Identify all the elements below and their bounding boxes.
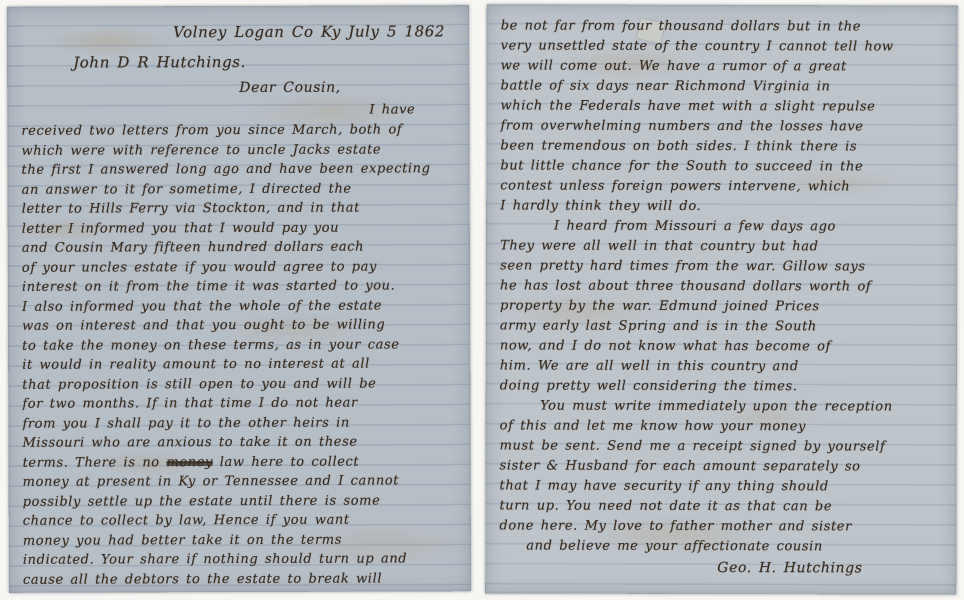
handwritten-line: letter to Hills Ferry via Stockton, and … [22, 198, 460, 219]
scanned-letter: Volney Logan Co Ky July 5 1862 John D R … [0, 0, 964, 600]
page-1-content: Volney Logan Co Ky July 5 1862 John D R … [7, 5, 471, 593]
handwritten-line: from you I shall pay it to the other hei… [22, 413, 460, 434]
handwritten-line: done here. My love to father mother and … [499, 516, 946, 537]
dateline: Volney Logan Co Ky July 5 1862 [21, 9, 459, 49]
handwritten-line: be not far from four thousand dollars bu… [501, 16, 948, 37]
handwritten-line: money you had better take it on the term… [23, 530, 461, 551]
handwritten-line: that proposition is still open to you an… [22, 374, 460, 395]
handwritten-line: was on interest and that you ought to be… [22, 315, 460, 336]
handwritten-line: but little chance for the South to succe… [500, 156, 947, 177]
handwritten-line: received two letters from you since Marc… [21, 120, 459, 141]
handwritten-line: and Cousin Mary fifteen hundred dollars … [22, 237, 460, 258]
opening-phrase: I have [21, 99, 459, 122]
handwritten-line: must be sent. Send me a receipt signed b… [500, 436, 947, 457]
handwritten-line: I hardly think they will do. [500, 196, 947, 217]
handwritten-line: They were all well in that country but h… [500, 236, 947, 257]
handwritten-line: letter I informed you that I would pay y… [22, 218, 460, 239]
page-2-body-lines: be not far from four thousand dollars bu… [499, 8, 947, 557]
handwritten-line: been tremendous on both sides. I think t… [500, 136, 947, 157]
handwritten-line: the first I answered long ago and have b… [22, 159, 460, 180]
handwritten-line: indicated. Your share if nothing should … [23, 549, 461, 570]
signature: Geo. H. Hutchings [499, 556, 946, 579]
handwritten-line: terms. There is no money law here to col… [23, 452, 461, 473]
handwritten-line: from overwhelming numbers and the losses… [500, 116, 947, 137]
handwritten-line: to take the money on these terms, as in … [22, 335, 460, 356]
handwritten-line: very unsettled state of the country I ca… [501, 36, 948, 57]
page-2-content: be not far from four thousand dollars bu… [485, 4, 958, 594]
handwritten-line: interest on it from the time it was star… [22, 276, 460, 297]
handwritten-line: it would in reality amount to no interes… [22, 354, 460, 375]
handwritten-line: of your uncles estate if you would agree… [22, 257, 460, 278]
handwritten-line: Missouri who are anxious to take it on t… [22, 432, 460, 453]
handwritten-line: money at present in Ky or Tennessee and … [23, 471, 461, 492]
handwritten-line: army early last Spring and is in the Sou… [500, 316, 947, 337]
handwritten-line: of this and let me know how your money [500, 416, 947, 437]
handwritten-line: seen pretty hard times from the war. Gil… [500, 256, 947, 277]
handwritten-line: turn up. You need not date it as that ca… [499, 496, 946, 517]
handwritten-line: You must write immediately upon the rece… [500, 396, 947, 417]
addressee-line: John D R Hutchings. [21, 47, 459, 77]
handwritten-line: possibly settle up the estate until ther… [23, 491, 461, 512]
handwritten-line: for two months. If in that time I do not… [22, 393, 460, 414]
handwritten-line: I heard from Missouri a few days ago [500, 216, 947, 237]
handwritten-line: now, and I do not know what has become o… [500, 336, 947, 357]
letter-page-2: be not far from four thousand dollars bu… [485, 4, 958, 594]
handwritten-line: sister & Husband for each amount separat… [500, 456, 947, 477]
salutation: Dear Cousin, [21, 75, 459, 101]
letter-page-1: Volney Logan Co Ky July 5 1862 John D R … [7, 5, 471, 593]
handwritten-line: chance to collect by law, Hence if you w… [23, 510, 461, 531]
handwritten-line: we will come out. We have a rumor of a g… [501, 56, 948, 77]
handwritten-line: which were with reference to uncle Jacks… [21, 140, 459, 161]
handwritten-line: cause all the debtors to the estate to b… [23, 569, 461, 590]
handwritten-line: I also informed you that the whole of th… [22, 296, 460, 317]
page-1-body-lines: received two letters from you since Marc… [21, 120, 461, 590]
handwritten-line: property by the war. Edmund joined Price… [500, 296, 947, 317]
handwritten-line: battle of six days near Richmond Virgini… [501, 76, 948, 97]
handwritten-line: doing pretty well considering the times. [500, 376, 947, 397]
handwritten-line: that I may have security if any thing sh… [499, 476, 946, 497]
handwritten-line: and believe me your affectionate cousin [499, 536, 946, 557]
handwritten-line: he has lost about three thousand dollars… [500, 276, 947, 297]
handwritten-line: him. We are all well in this country and [500, 356, 947, 377]
handwritten-line: which the Federals have met with a sligh… [500, 96, 947, 117]
handwritten-line: contest unless foreign powers intervene,… [500, 176, 947, 197]
handwritten-line: an answer to it for sometime, I directed… [22, 179, 460, 200]
